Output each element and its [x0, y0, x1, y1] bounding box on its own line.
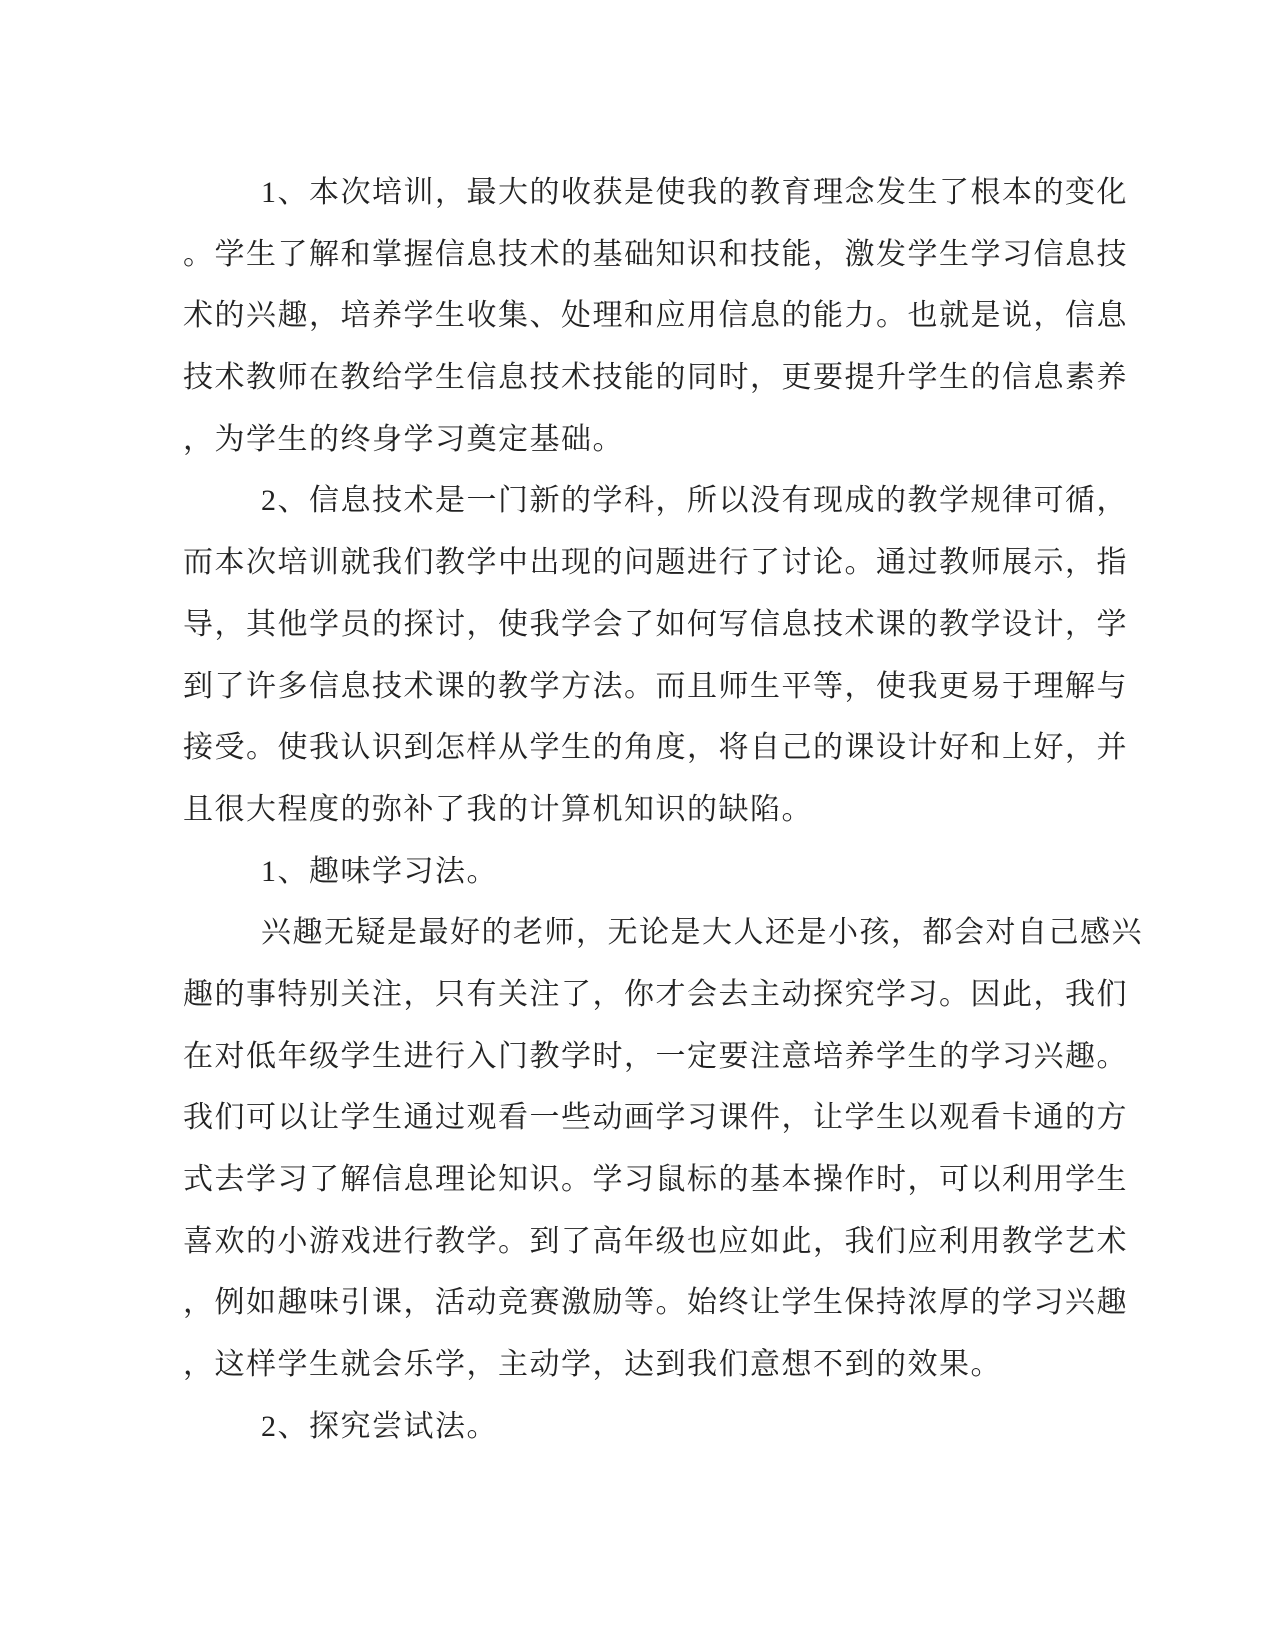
text-line: 喜欢的小游戏进行教学。到了高年级也应如此，我们应利用教学艺术 — [183, 1211, 1063, 1273]
paragraph-2: 2、信息技术是一门新的学科，所以没有现成的教学规律可循， 而本次培训就我们教学中… — [183, 470, 1063, 840]
text-line: 我们可以让学生通过观看一些动画学习课件，让学生以观看卡通的方 — [183, 1087, 1063, 1149]
document-page: 1、本次培训，最大的收获是使我的教育理念发生了根本的变化 。学生了解和掌握信息技… — [0, 0, 1275, 1650]
text-line: 趣的事特别关注，只有关注了，你才会去主动探究学习。因此，我们 — [183, 964, 1063, 1026]
text-line: 1、趣味学习法。 — [183, 841, 1063, 903]
text-line: 而本次培训就我们教学中出现的问题进行了讨论。通过教师展示，指 — [183, 532, 1063, 594]
paragraph-3-heading: 1、趣味学习法。 — [183, 841, 1063, 903]
text-line: 。学生了解和掌握信息技术的基础知识和技能，激发学生学习信息技 — [183, 224, 1063, 286]
text-line: 式去学习了解信息理论知识。学习鼠标的基本操作时，可以利用学生 — [183, 1149, 1063, 1211]
paragraph-4: 兴趣无疑是最好的老师，无论是大人还是小孩，都会对自己感兴 趣的事特别关注，只有关… — [183, 902, 1063, 1396]
text-line: 1、本次培训，最大的收获是使我的教育理念发生了根本的变化 — [183, 162, 1063, 224]
text-line: 2、信息技术是一门新的学科，所以没有现成的教学规律可循， — [183, 470, 1063, 532]
text-line: 术的兴趣，培养学生收集、处理和应用信息的能力。也就是说，信息 — [183, 285, 1063, 347]
text-line: 导，其他学员的探讨，使我学会了如何写信息技术课的教学设计，学 — [183, 594, 1063, 656]
text-line: 在对低年级学生进行入门教学时，一定要注意培养学生的学习兴趣。 — [183, 1026, 1063, 1088]
text-line: 技术教师在教给学生信息技术技能的同时，更要提升学生的信息素养 — [183, 347, 1063, 409]
text-line: 兴趣无疑是最好的老师，无论是大人还是小孩，都会对自己感兴 — [183, 902, 1063, 964]
paragraph-5-heading: 2、探究尝试法。 — [183, 1396, 1063, 1458]
text-line: 且很大程度的弥补了我的计算机知识的缺陷。 — [183, 779, 1063, 841]
text-line: ，为学生的终身学习奠定基础。 — [183, 409, 1063, 471]
paragraph-1: 1、本次培训，最大的收获是使我的教育理念发生了根本的变化 。学生了解和掌握信息技… — [183, 162, 1063, 470]
document-text-block: 1、本次培训，最大的收获是使我的教育理念发生了根本的变化 。学生了解和掌握信息技… — [183, 162, 1063, 1457]
text-line: ，例如趣味引课，活动竞赛激励等。始终让学生保持浓厚的学习兴趣 — [183, 1272, 1063, 1334]
text-line: ，这样学生就会乐学，主动学，达到我们意想不到的效果。 — [183, 1334, 1063, 1396]
text-line: 到了许多信息技术课的教学方法。而且师生平等，使我更易于理解与 — [183, 656, 1063, 718]
text-line: 接受。使我认识到怎样从学生的角度，将自己的课设计好和上好，并 — [183, 717, 1063, 779]
text-line: 2、探究尝试法。 — [183, 1396, 1063, 1458]
